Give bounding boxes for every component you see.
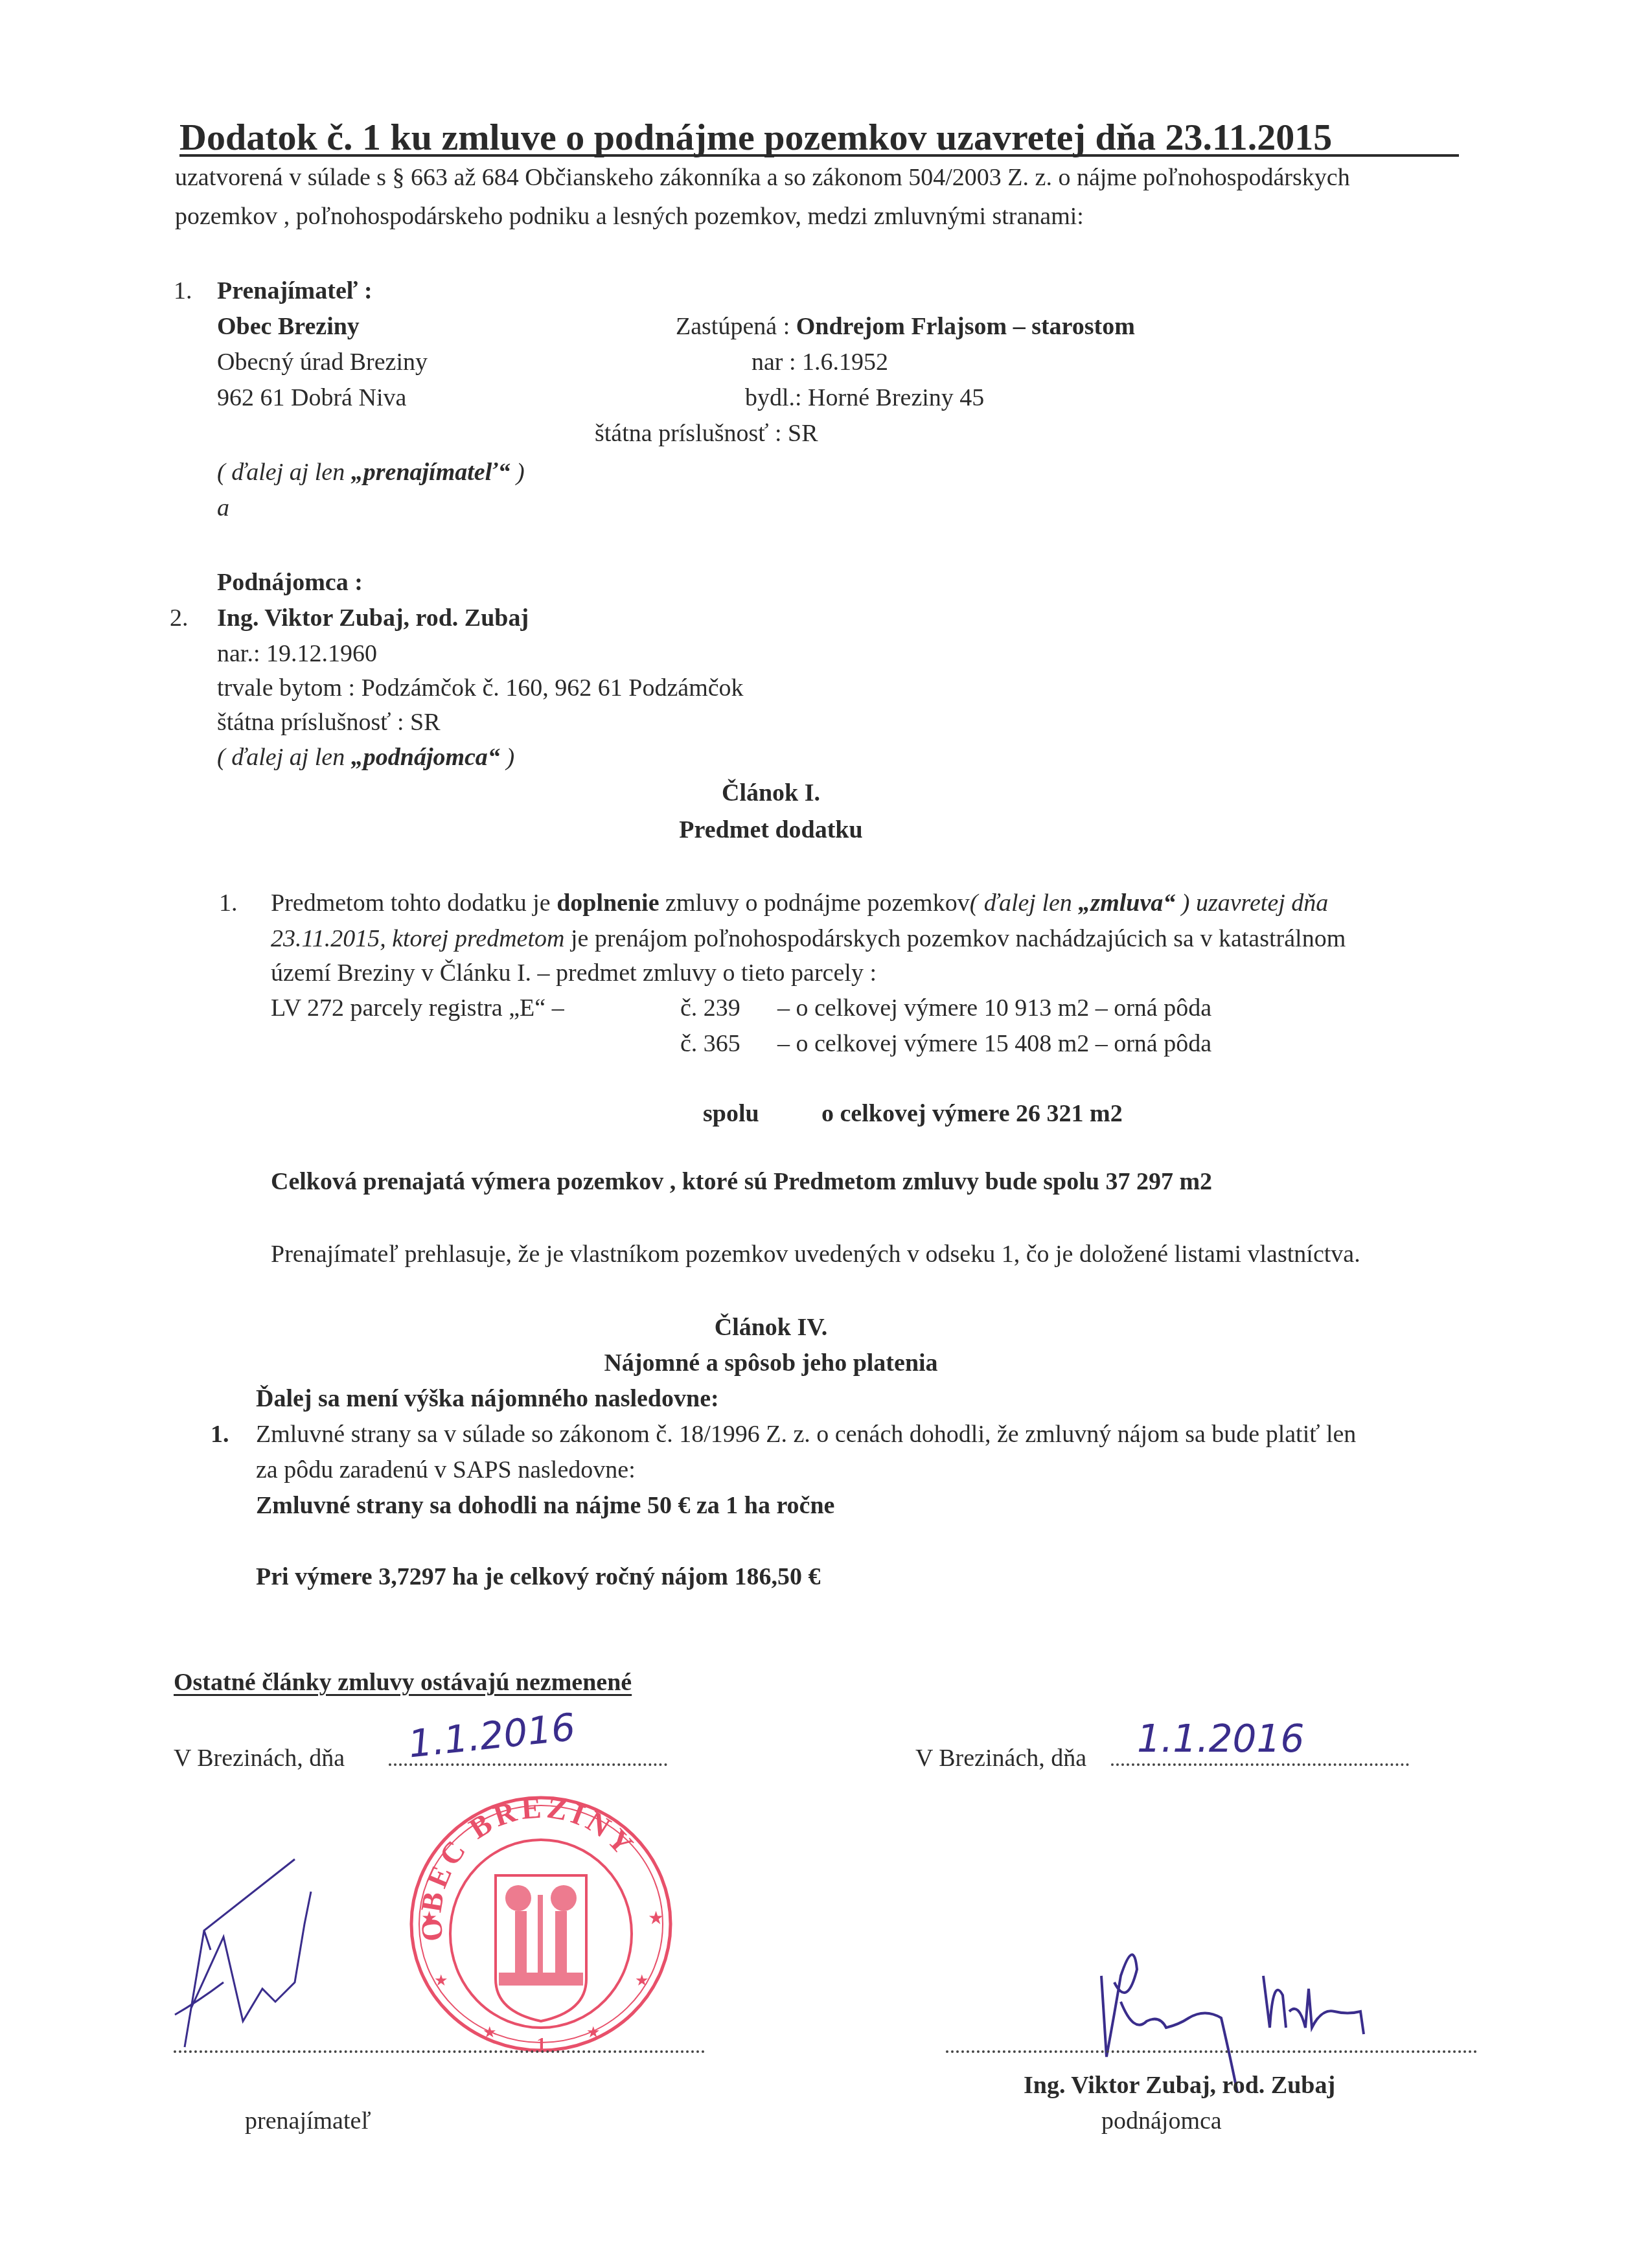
text-bold: doplnenie xyxy=(556,889,659,917)
parcel-description: – o celkovej výmere 15 408 m2 – orná pôd… xyxy=(777,1031,1211,1056)
handwritten-date-right: 1.1.2016 xyxy=(1137,1717,1304,1761)
document-title: Dodatok č. 1 ku zmluve o podnájme pozemk… xyxy=(179,115,1332,159)
article4-para-line-1: Zmluvné strany sa v súlade so zákonom č.… xyxy=(256,1422,1356,1447)
overall-total: Celková prenajatá výmera pozemkov , ktor… xyxy=(271,1169,1212,1194)
ownership-declaration: Prenajímateľ prehlasuje, že je vlastníko… xyxy=(271,1242,1360,1266)
text-italic-bold: „zmluva“ xyxy=(1078,889,1175,917)
role-left: prenajímateľ xyxy=(245,2109,371,2133)
annual-rent: Pri výmere 3,7297 ha je celkový ročný ná… xyxy=(256,1564,820,1589)
article4-para-line-2: za pôdu zaradenú v SAPS nasledovne: xyxy=(256,1458,636,1482)
parcel-number: č. 239 xyxy=(680,996,740,1020)
rent-change-line: Ďalej sa mení výška nájomného nasledovne… xyxy=(256,1386,719,1411)
party1-name: Obec Breziny xyxy=(217,314,360,339)
role-right: podnájomca xyxy=(1101,2109,1222,2133)
text-italic: ( ďalej len xyxy=(970,889,1079,917)
article1-para-line-3: území Breziny v Článku I. – predmet zmlu… xyxy=(271,961,877,985)
party2-name: Ing. Viktor Zubaj, rod. Zubaj xyxy=(217,606,529,630)
party1-role-label: Prenajímateľ : xyxy=(217,279,373,303)
unchanged-articles-note: Ostatné články zmluvy ostávajú nezmenené xyxy=(174,1670,632,1695)
place-left: V Brezinách, dňa xyxy=(174,1746,345,1770)
party1-address-1: Obecný úrad Breziny xyxy=(217,350,428,374)
party1-address-2: 962 61 Dobrá Niva xyxy=(217,385,406,410)
signature-left xyxy=(165,1853,334,2060)
party2-alias: ( ďalej aj len „podnájomca“ ) xyxy=(217,745,514,770)
alias-name: „podnájomca“ xyxy=(351,744,500,771)
total-label: spolu xyxy=(703,1101,759,1126)
parcels-label: LV 272 parcely registra „E“ – xyxy=(271,996,564,1020)
text: je prenájom poľnohospodárskych pozemkov … xyxy=(564,925,1346,952)
party2-number: 2. xyxy=(170,606,189,630)
party1-alias: ( ďalej aj len „prenajímateľ“ ) xyxy=(217,460,525,485)
party1-number: 1. xyxy=(174,279,192,303)
place-right: V Brezinách, dňa xyxy=(915,1746,1086,1770)
article4-item-number: 1. xyxy=(211,1422,229,1447)
party1-residence: bydl.: Horné Breziny 45 xyxy=(745,385,984,410)
party2-birth: nar.: 19.12.1960 xyxy=(217,641,377,666)
municipal-stamp: OBEC BREZINY ★ ★ ★ ★ ★ ★ 1 xyxy=(405,1791,677,2057)
article1-para-line-1: Predmetom tohto dodatku je doplnenie zml… xyxy=(271,891,1328,915)
text-italic: ) uzavretej dňa xyxy=(1175,889,1328,917)
svg-text:★: ★ xyxy=(586,2024,601,2041)
party2-role-label: Podnájomca : xyxy=(217,570,363,595)
alias-suffix: ) xyxy=(500,744,514,771)
article1-subheading: Predmet dodatku xyxy=(615,818,926,842)
svg-text:★: ★ xyxy=(421,1908,437,1929)
alias-prefix: ( ďalej aj len xyxy=(217,459,351,486)
parcel-description: – o celkovej výmere 10 913 m2 – orná pôd… xyxy=(777,996,1211,1020)
article1-item-number: 1. xyxy=(219,891,238,915)
parcel-number: č. 365 xyxy=(680,1031,740,1056)
conjunction: a xyxy=(217,496,229,520)
title-rule xyxy=(179,154,1459,157)
handwritten-date-left: 1.1.2016 xyxy=(406,1705,577,1767)
svg-text:★: ★ xyxy=(483,2024,497,2041)
represented-label: Zastúpená : xyxy=(676,313,796,340)
svg-text:OBEC BREZINY: OBEC BREZINY xyxy=(414,1791,643,1943)
represented-name: Ondrejom Frlajsom – starostom xyxy=(796,313,1135,340)
stamp-text: OBEC BREZINY xyxy=(414,1791,643,1943)
total-value: o celkovej výmere 26 321 m2 xyxy=(821,1101,1123,1126)
svg-text:★: ★ xyxy=(648,1908,664,1929)
article1-heading: Článok I. xyxy=(648,781,894,805)
intro-line-2: pozemkov , poľnohospodárskeho podniku a … xyxy=(175,204,1084,229)
text-italic: 23.11.2015, ktorej predmetom xyxy=(271,925,564,952)
date-line-right xyxy=(1111,1763,1409,1766)
signature-line-right xyxy=(946,2050,1477,2053)
party2-residence: trvale bytom : Podzámčok č. 160, 962 61 … xyxy=(217,676,744,700)
party2-citizenship: štátna príslušnosť : SR xyxy=(217,710,441,735)
svg-text:★: ★ xyxy=(434,1973,448,1989)
text: Predmetom tohto dodatku je xyxy=(271,889,556,917)
article4-subheading: Nájomné a spôsob jeho platenia xyxy=(544,1351,998,1375)
article1-para-line-2: 23.11.2015, ktorej predmetom je prenájom… xyxy=(271,926,1346,951)
rent-rate: Zmluvné strany sa dohodli na nájme 50 € … xyxy=(256,1493,834,1518)
signer-right-name: Ing. Viktor Zubaj, rod. Zubaj xyxy=(1024,2073,1335,2098)
alias-suffix: ) xyxy=(510,459,524,486)
text: zmluvy o podnájme pozemkov xyxy=(660,889,970,917)
party1-citizenship: štátna príslušnosť : SR xyxy=(595,421,818,446)
svg-text:★: ★ xyxy=(635,1973,649,1989)
alias-prefix: ( ďalej aj len xyxy=(217,744,351,771)
intro-line-1: uzatvorená v súlade s § 663 až 684 Občia… xyxy=(175,165,1350,190)
party1-birth: nar : 1.6.1952 xyxy=(751,350,888,374)
alias-name: „prenajímateľ“ xyxy=(351,459,511,486)
signature-line-left xyxy=(174,2050,705,2053)
party1-represented: Zastúpená : Ondrejom Frlajsom – starosto… xyxy=(676,314,1135,339)
article4-heading: Článok IV. xyxy=(648,1315,894,1340)
